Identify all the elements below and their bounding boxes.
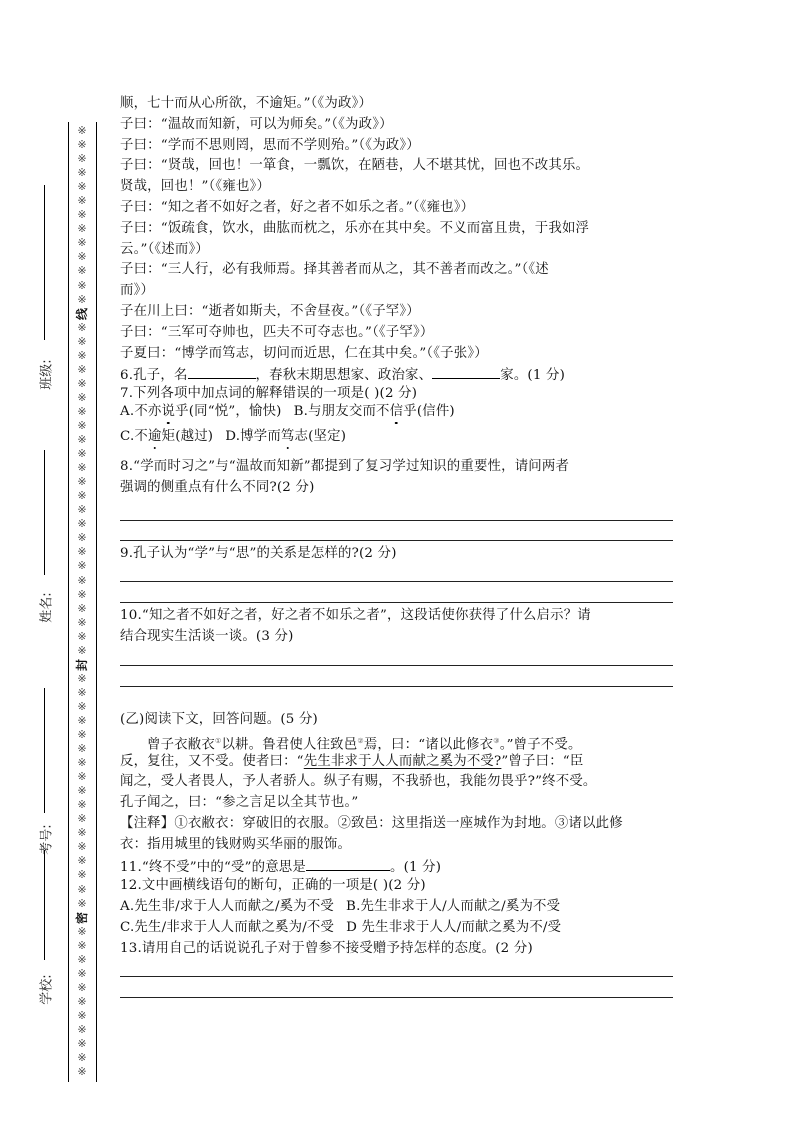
seal-x-mark: ※ [77,475,86,489]
seal-x-mark: ※ [77,208,86,222]
seal-x-mark: ※ [77,1009,86,1023]
question-8-line1: 8.“学而时习之”与“温故而知新”都提到了复习学过知识的重要性，请问两者 [120,457,680,478]
seal-x-mark: ※ [77,1065,86,1079]
seal-x-mark: ※ [77,840,86,854]
question-9: 9.孔子认为“学”与“思”的关系是怎样的?(2 分) [120,544,680,565]
seal-x-mark: ※ [77,728,86,742]
analects-quotes: 顺，七十而从心所欲，不逾矩。”（《为政》） 子曰：“温故而知新，可以为师矣。”（… [120,94,680,364]
quote-line: 子曰：“贤哉，回也！一箪食，一瓢饮，在陋巷，人不堪其忧，回也不改其乐。 [120,156,680,177]
seal-x-mark: ※ [77,812,86,826]
seal-mark-column: ※※※※※※※※※※※※※线※※※※※※※※※※※※※※※※※※※※※※※※封※… [72,124,92,1080]
exam-number-label: 考号: [36,824,55,854]
q8-answer-line[interactable] [120,540,673,541]
seal-x-mark: ※ [77,1051,86,1065]
q7-option-b[interactable]: B.与朋友交而不信乎(信件) [294,404,455,419]
seal-x-mark: ※ [77,574,86,588]
q6-blank-profession[interactable] [432,364,500,379]
seal-x-mark: ※ [77,981,86,995]
q8-answer-line[interactable] [120,520,673,521]
q6-blank-name[interactable] [188,364,256,379]
seal-x-mark: ※ [77,419,86,433]
seal-x-mark: ※ [77,616,86,630]
seal-x-mark: ※ [77,588,86,602]
seal-x-mark: ※ [77,925,86,939]
seal-x-mark: ※ [77,363,86,377]
passage-line: 孔子闻之，曰：“参之言足以全其节也。” [120,793,690,814]
seal-x-mark: ※ [77,897,86,911]
quote-line: 子曰：“知之者不如好之者，好之者不如乐之者。”（《雍也》） [120,198,680,219]
class-field-line [44,185,45,340]
binding-line-right [96,122,97,1082]
quote-line: 子曰：“三人行，必有我师焉。择其善者而从之，其不善者而改之。”（《述 [120,260,680,281]
exam-page: ※※※※※※※※※※※※※线※※※※※※※※※※※※※※※※※※※※※※※※封※… [0,0,793,1122]
binding-line-left [68,122,69,1082]
question-12-options-cd: C.先生/非求于人人而献之奚为/不受D 先生非求于人人/而献之奚为不/受 [120,918,690,939]
seal-x-mark: ※ [77,854,86,868]
seal-x-mark: ※ [77,166,86,180]
seal-x-mark: ※ [77,672,86,686]
question-13: 13.请用自己的话说说孔子对于曾参不接受赠予持怎样的态度。(2 分) [120,939,690,960]
seal-x-mark: ※ [77,868,86,882]
exam-content: 顺，七十而从心所欲，不逾矩。”（《为政》） 子曰：“温故而知新，可以为师矣。”（… [120,94,680,499]
seal-x-mark: ※ [77,644,86,658]
seal-x-mark: ※ [77,756,86,770]
seal-char-bottom: 密 [75,912,89,924]
quote-line: 子曰：“三军可夺帅也，匹夫不可夺志也。”（《子罕》） [120,323,680,344]
seal-x-mark: ※ [77,995,86,1009]
seal-x-mark: ※ [77,391,86,405]
seal-x-mark: ※ [77,124,86,138]
seal-x-mark: ※ [77,194,86,208]
question-7-stem: 7.下列各项中加点词的解释错误的一项是( )(2 分) [120,385,680,403]
name-label: 姓名: [36,592,55,622]
seal-x-mark: ※ [77,489,86,503]
seal-x-mark: ※ [77,1037,86,1051]
seal-x-mark: ※ [77,531,86,545]
exam-number-field-line [44,688,45,813]
question-12-stem: 12.文中画横线语句的断句，正确的一项是( )(2 分) [120,876,690,897]
seal-x-mark: ※ [77,686,86,700]
q12-option-a[interactable]: A.先生非/求于人人而献之/奚为不受 [120,899,334,914]
q9-answer-line[interactable] [120,602,673,603]
q7-option-a[interactable]: A.不亦说乎(同“悦”，愉快) [120,404,282,419]
seal-x-mark: ※ [77,630,86,644]
question-7-options-ab: A.不亦说乎(同“悦”，愉快)B.与朋友交而不信乎(信件) [120,403,680,427]
quote-line: 贤哉，回也！”（《雍也》） [120,177,680,198]
seal-x-mark: ※ [77,602,86,616]
q12-option-d[interactable]: D 先生非求于人人/而献之奚为不/受 [346,920,561,935]
quote-line: 而》） [120,281,680,302]
notes-line: 【注释】①衣敝衣：穿破旧的衣服。②致邑：这里指送一座城作为封地。③诸以此修 [120,814,690,835]
class-label: 班级: [36,359,55,389]
seal-x-mark: ※ [77,517,86,531]
notes-line: 衣：指用城里的钱财购买华丽的服饰。 [120,835,690,856]
seal-x-mark: ※ [77,1023,86,1037]
q12-option-c[interactable]: C.先生/非求于人人而献之奚为/不受 [120,920,334,935]
seal-x-mark: ※ [77,236,86,250]
seal-x-mark: ※ [77,377,86,391]
section-b: (乙)阅读下文，回答问题。(5 分) 曾子衣敝衣①以耕。鲁君使人往致邑②焉，曰：… [120,710,690,960]
seal-x-mark: ※ [77,770,86,784]
underlined-sentence: 先生非求于人人而献之奚为不受? [304,754,502,769]
q7-option-c[interactable]: C.不逾矩(越过) [120,429,213,444]
seal-x-mark: ※ [77,798,86,812]
q7-option-d[interactable]: D.博学而笃志(坚定) [225,429,346,444]
q12-option-b[interactable]: B.先生非求于人/人而献之/奚为不受 [346,899,560,914]
question-10: 10.“知之者不如好之者，好之者不如乐之者”，这段话使你获得了什么启示？请 结合… [120,606,680,648]
q9-answer-line[interactable] [120,581,673,582]
seal-x-mark: ※ [77,180,86,194]
q10-answer-line[interactable] [120,686,673,687]
seal-x-mark: ※ [77,321,86,335]
seal-x-mark: ※ [77,433,86,447]
seal-x-mark: ※ [77,967,86,981]
seal-x-mark: ※ [77,784,86,798]
question-7-options-cd: C.不逾矩(越过)D.博学而笃志(坚定) [120,427,680,457]
seal-x-mark: ※ [77,461,86,475]
q13-answer-line[interactable] [120,997,673,998]
seal-x-mark: ※ [77,503,86,517]
seal-char-middle: 封 [75,659,89,671]
seal-x-mark: ※ [77,700,86,714]
question-8-line2: 强调的侧重点有什么不同?(2 分) [120,478,680,499]
seal-x-mark: ※ [77,138,86,152]
quote-line: 子曰：“温故而知新，可以为师矣。”（《为政》） [120,115,680,136]
passage-line: 反，复往，又不受。使者曰：“先生非求于人人而献之奚为不受?”曾子曰：“臣 [120,752,690,773]
seal-x-mark: ※ [77,349,86,363]
quote-line: 子在川上曰：“逝者如斯夫，不舍昼夜。”（《子罕》） [120,302,680,323]
quote-line: 子曰：“学而不思则罔，思而不学则殆。”（《为政》） [120,136,680,157]
quote-line: 子夏曰：“博学而笃志，切问而近思，仁在其中矣。”（《子张》） [120,344,680,365]
seal-x-mark: ※ [77,826,86,840]
seal-x-mark: ※ [77,742,86,756]
seal-x-mark: ※ [77,279,86,293]
seal-x-mark: ※ [77,939,86,953]
passage-line: 闻之，受人者畏人，予人者骄人。纵子有赐，不我骄也，我能勿畏乎?”终不受。 [120,772,690,793]
seal-x-mark: ※ [77,545,86,559]
name-field-line [44,450,45,575]
seal-x-mark: ※ [77,152,86,166]
q13-answer-line[interactable] [120,976,673,977]
question-12-options-ab: A.先生非/求于人人而献之/奚为不受B.先生非求于人/人而献之/奚为不受 [120,897,690,918]
seal-x-mark: ※ [77,335,86,349]
seal-x-mark: ※ [77,405,86,419]
exam-number-field-line-lower [44,850,45,960]
quote-line: 子曰：“饭疏食，饮水，曲肱而枕之，乐亦在其中矣。不义而富且贵，于我如浮 [120,219,680,240]
q10-answer-line[interactable] [120,665,673,666]
seal-x-mark: ※ [77,714,86,728]
seal-x-mark: ※ [77,250,86,264]
school-label: 学校: [36,974,55,1004]
seal-x-mark: ※ [77,883,86,897]
seal-x-mark: ※ [77,953,86,967]
quote-line: 顺，七十而从心所欲，不逾矩。”（《为政》） [120,94,680,115]
question-6: 6.孔子，名，春秋末期思想家、政治家、家。(1 分) [120,364,680,385]
seal-x-mark: ※ [77,293,86,307]
seal-x-mark: ※ [77,447,86,461]
seal-char-top: 线 [75,308,89,320]
seal-x-mark: ※ [77,222,86,236]
seal-x-mark: ※ [77,264,86,278]
seal-x-mark: ※ [77,559,86,573]
q11-blank[interactable] [306,856,390,871]
passage-line: 曾子衣敝衣①以耕。鲁君使人往致邑②焉，曰：“诸以此修衣③。”曾子不受。 [120,731,690,752]
question-11: 11.“终不受”中的“受”的意思是。(1 分) [120,856,690,877]
section-b-heading: (乙)阅读下文，回答问题。(5 分) [120,710,690,731]
quote-line: 云。”（《述而》） [120,240,680,261]
